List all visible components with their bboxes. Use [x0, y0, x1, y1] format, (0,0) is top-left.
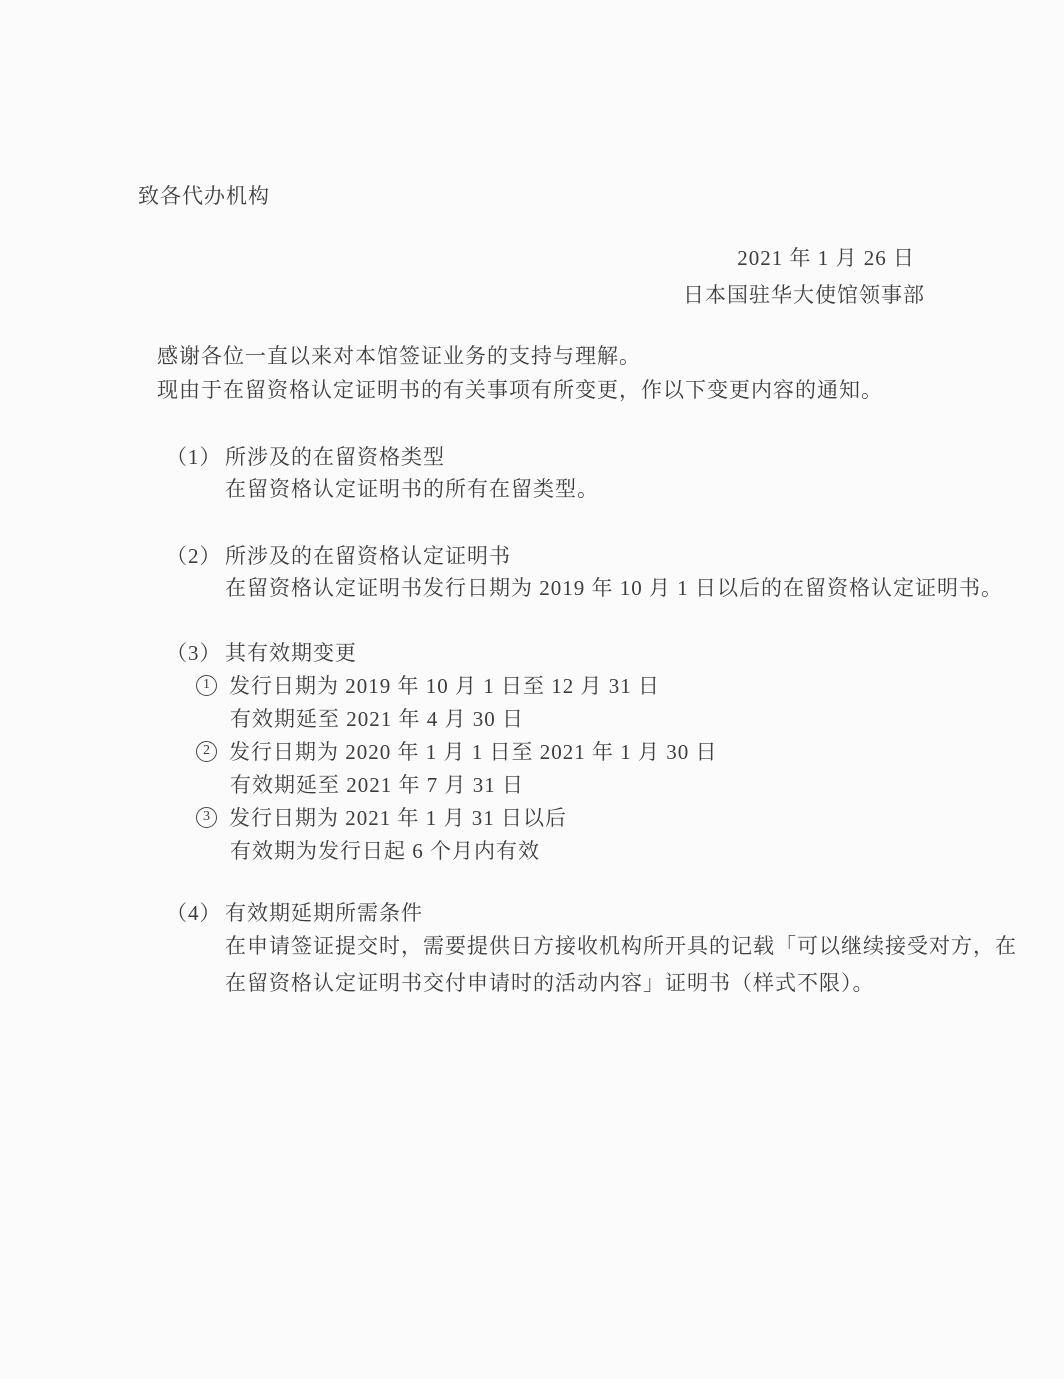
section-1-number: （1）	[166, 445, 222, 469]
section-3-item-2-line-2: 有效期延至 2021 年 7 月 31 日	[230, 773, 524, 797]
section-4-body-line-1: 在申请签证提交时，需要提供日方接收机构所开具的记载「可以继续接受对方，在	[225, 934, 1017, 958]
salutation: 致各代办机构	[138, 184, 270, 208]
section-2-number: （2）	[166, 544, 222, 568]
letter-date: 2021 年 1 月 26 日	[737, 246, 915, 270]
section-3-item-3-line-2: 有效期为发行日起 6 个月内有效	[230, 839, 540, 863]
section-3-item-1-line-1: 发行日期为 2019 年 10 月 1 日至 12 月 31 日	[229, 674, 660, 698]
scanned-letter-page: 致各代办机构 2021 年 1 月 26 日 日本国驻华大使馆领事部 感谢各位一…	[0, 0, 1064, 1379]
section-1-body: 在留资格认定证明书的所有在留类型。	[225, 477, 599, 501]
circled-digit-1-icon: 1	[196, 675, 217, 696]
section-2-body: 在留资格认定证明书发行日期为 2019 年 10 月 1 日以后的在留资格认定证…	[225, 576, 1003, 600]
section-3-title: 其有效期变更	[225, 641, 357, 665]
intro-line-2: 现由于在留资格认定证明书的有关事项有所变更，作以下变更内容的通知。	[157, 378, 883, 402]
section-3-number: （3）	[166, 641, 222, 665]
section-3-item-3-line-1: 发行日期为 2021 年 1 月 31 日以后	[229, 806, 567, 830]
circled-digit-3-icon: 3	[196, 807, 217, 828]
section-4-body-line-2: 在留资格认定证明书交付申请时的活动内容」证明书（样式不限）。	[225, 971, 875, 995]
sender-name: 日本国驻华大使馆领事部	[683, 283, 925, 307]
circled-digit-2-icon: 2	[196, 741, 217, 762]
section-2-title: 所涉及的在留资格认定证明书	[225, 544, 511, 568]
section-3-item-1-line-2: 有效期延至 2021 年 4 月 30 日	[230, 707, 524, 731]
intro-line-1: 感谢各位一直以来对本馆签证业务的支持与理解。	[157, 344, 641, 368]
section-3-item-2-line-1: 发行日期为 2020 年 1 月 1 日至 2021 年 1 月 30 日	[229, 740, 718, 764]
section-4-title: 有效期延期所需条件	[225, 901, 423, 925]
section-4-number: （4）	[166, 901, 222, 925]
section-1-title: 所涉及的在留资格类型	[225, 445, 445, 469]
